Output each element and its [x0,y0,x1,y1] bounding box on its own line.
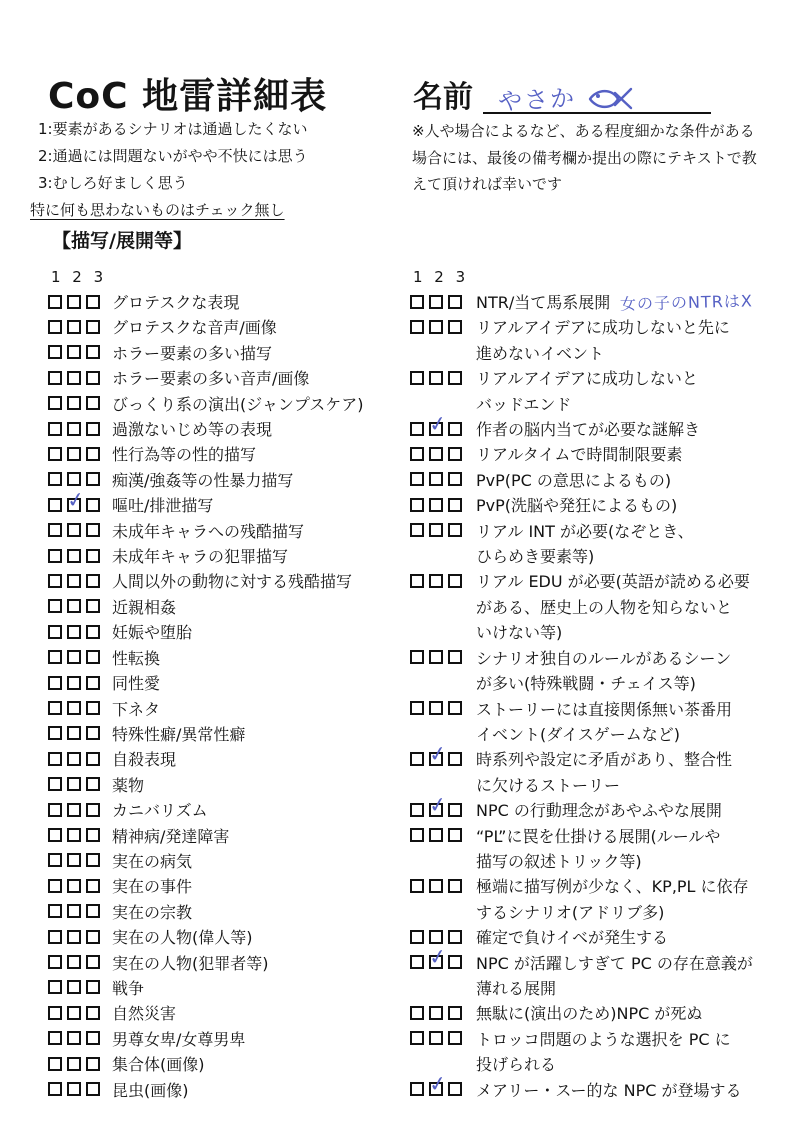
item-label-line: 実在の病気 [112,849,192,874]
checkbox-2[interactable]: ✓ [429,955,443,969]
rating-boxes [48,396,100,410]
checkbox-1[interactable] [48,726,62,740]
checkbox-1[interactable] [410,879,424,893]
item-label-line: “PL”に罠を仕掛ける展開(ルールや [476,824,720,849]
legend-line-1: 1:要素があるシナリオは通過したくない [38,116,308,143]
checklist-row: リアルアイデアに成功しないとバッドエンド [410,366,796,417]
name-handwritten-value: やさか [497,78,577,117]
rating-boxes: ✓ [410,803,462,817]
checkbox-2[interactable] [429,701,443,715]
checklist-row: ✓NPC の行動理念があやふやな展開 [410,798,796,823]
checkbox-1[interactable] [410,498,424,512]
checkbox-3[interactable] [86,879,100,893]
item-label: 実在の人物(偉人等) [112,925,253,950]
checkbox-1[interactable] [48,701,62,715]
rating-boxes [48,828,100,842]
item-label-line: PvP(PC の意思によるもの) [476,468,671,493]
item-label: びっくり系の演出(ジャンプスケア) [112,392,364,417]
rating-boxes [48,955,100,969]
item-label: グロテスクな音声/画像 [112,315,277,340]
checkbox-2[interactable] [67,879,81,893]
item-label-line: ストーリーには直接関係無い茶番用 [476,697,732,722]
checkbox-3[interactable] [448,320,462,334]
checkbox-2[interactable] [429,574,443,588]
checkbox-3[interactable] [86,523,100,537]
checkbox-3[interactable] [86,752,100,766]
checklist-row: リアルアイデアに成功しないと先に進めないイベント [410,315,796,366]
checkbox-3[interactable] [448,472,462,486]
rating-boxes [410,472,462,486]
document-page: CoC 地雷詳細表 1:要素があるシナリオは通過したくない 2:通過には問題ない… [0,0,800,1131]
checkbox-3[interactable] [448,371,462,385]
rating-boxes [48,676,100,690]
checkbox-3[interactable] [448,752,462,766]
checkbox-3[interactable] [86,828,100,842]
checkmark-icon: ✓ [428,946,448,969]
checkbox-2[interactable] [67,523,81,537]
checklist-row: 極端に描写例が少なく、KP,PL に依存するシナリオ(アドリブ多) [410,874,796,925]
checkbox-3[interactable] [86,777,100,791]
page-title: CoC 地雷詳細表 [48,68,327,119]
conditions-note: ※人や場合によるなど、ある程度細かな条件がある 場合には、最後の備考欄か提出の際… [412,118,757,198]
checkbox-2[interactable] [67,701,81,715]
item-label-line: 自殺表現 [112,747,176,772]
checkbox-3[interactable] [86,955,100,969]
item-label: 確定で負けイベが発生する [476,925,668,950]
checkbox-3[interactable] [448,701,462,715]
checkbox-1[interactable] [410,1082,424,1096]
checkbox-3[interactable] [86,853,100,867]
checkbox-1[interactable] [48,574,62,588]
rating-boxes [48,650,100,664]
checkbox-3[interactable] [86,422,100,436]
checkbox-1[interactable] [410,371,424,385]
checkbox-3[interactable] [448,879,462,893]
item-label: リアルタイムで時間制限要素 [476,442,682,467]
item-label-line: 作者の脳内当てが必要な謎解き [476,417,700,442]
rating-boxes [410,1031,462,1045]
item-label: 極端に描写例が少なく、KP,PL に依存するシナリオ(アドリブ多) [476,874,749,925]
checkbox-1[interactable] [410,930,424,944]
checkbox-1[interactable] [48,1057,62,1071]
checkbox-2[interactable] [67,904,81,918]
checkbox-3[interactable] [448,295,462,309]
item-label-line: 自然災害 [112,1001,176,1026]
checkbox-2[interactable]: ✓ [429,422,443,436]
fish-doodle-icon [588,84,634,114]
item-label: 痴漢/強姦等の性暴力描写 [112,468,293,493]
checkbox-1[interactable] [48,1082,62,1096]
checkbox-3[interactable] [448,1006,462,1020]
checkbox-2[interactable] [67,752,81,766]
checkbox-3[interactable] [86,599,100,613]
checkbox-1[interactable] [48,803,62,817]
checkbox-1[interactable] [48,345,62,359]
checkbox-1[interactable] [410,701,424,715]
checklist-row: 実在の人物(犯罪者等) [48,951,398,976]
checklist-row: ストーリーには直接関係無い茶番用イベント(ダイスゲームなど) [410,697,796,748]
item-label: 精神病/発達障害 [112,824,229,849]
item-label-line: バッドエンド [476,392,698,417]
checkmark-icon: ✓ [428,1073,448,1096]
checklist-row: リアル EDU が必要(英語が読める必要がある、歴史上の人物を知らないといけない… [410,569,796,645]
item-label-line: 進めないイベント [476,341,730,366]
checkbox-2[interactable] [67,955,81,969]
checkbox-1[interactable] [48,980,62,994]
checklist-row: 実在の人物(偉人等) [48,925,398,950]
checkbox-2[interactable] [67,320,81,334]
item-label: 近親相姦 [112,595,176,620]
checklist-row: 特殊性癖/異常性癖 [48,722,398,747]
checkbox-2[interactable] [429,295,443,309]
checkbox-1[interactable] [48,295,62,309]
item-label: シナリオ独自のルールがあるシーンが多い(特殊戦闘・チェイス等) [476,646,731,697]
item-label: 妊娠や堕胎 [112,620,192,645]
rating-boxes [48,1006,100,1020]
checklist-row: 痴漢/強姦等の性暴力描写 [48,468,398,493]
checkbox-1[interactable] [48,879,62,893]
checkbox-1[interactable] [410,650,424,664]
item-label: 実在の人物(犯罪者等) [112,951,269,976]
item-label-line: 人間以外の動物に対する残酷描写 [112,569,352,594]
checklist-row: ホラー要素の多い音声/画像 [48,366,398,391]
checkbox-2[interactable] [67,472,81,486]
checklist-row: 近親相姦 [48,595,398,620]
checkbox-1[interactable] [410,955,424,969]
checkbox-2[interactable]: ✓ [429,752,443,766]
checkbox-2[interactable] [429,371,443,385]
checkbox-3[interactable] [86,472,100,486]
item-label-line: リアルタイムで時間制限要素 [476,442,682,467]
item-label: リアル EDU が必要(英語が読める必要がある、歴史上の人物を知らないといけない… [476,569,750,645]
rating-boxes [410,879,462,893]
rating-boxes [410,930,462,944]
checkbox-1[interactable] [48,676,62,690]
checkbox-3[interactable] [448,650,462,664]
checkbox-2[interactable] [67,777,81,791]
checkbox-2[interactable] [67,345,81,359]
checkbox-2[interactable]: ✓ [429,803,443,817]
checkbox-1[interactable] [410,828,424,842]
checkbox-1[interactable] [410,752,424,766]
rating-boxes [48,803,100,817]
checkbox-1[interactable] [48,752,62,766]
rating-boxes: ✓ [410,752,462,766]
checkbox-2[interactable]: ✓ [429,1082,443,1096]
checkbox-1[interactable] [410,803,424,817]
item-label: トロッコ問題のような選択を PC に投げられる [476,1027,731,1078]
item-label-line: 未成年キャラへの残酷描写 [112,519,304,544]
item-label-line: 集合体(画像) [112,1052,205,1077]
checkbox-1[interactable] [48,472,62,486]
checklist-row: 薬物 [48,773,398,798]
item-label-line: 薄れる展開 [476,976,753,1001]
rating-boxes [48,574,100,588]
checkbox-1[interactable] [48,777,62,791]
checkbox-2[interactable] [429,1006,443,1020]
checkbox-2[interactable] [429,523,443,537]
legend-footer: 特に何も思わないものはチェック無し [30,197,285,224]
checkbox-2[interactable] [67,295,81,309]
item-label: リアルアイデアに成功しないと先に進めないイベント [476,315,730,366]
checkbox-2[interactable] [67,1082,81,1096]
rating-boxes: ✓ [48,498,100,512]
checkbox-1[interactable] [48,828,62,842]
checkbox-2[interactable] [67,726,81,740]
checkbox-2[interactable] [429,879,443,893]
item-label-line: NPC の行動理念があやふやな展開 [476,798,722,823]
checkbox-3[interactable] [86,1006,100,1020]
checkbox-3[interactable] [86,676,100,690]
item-label: 実在の病気 [112,849,192,874]
checkbox-1[interactable] [48,955,62,969]
item-label: ホラー要素の多い描写 [112,341,272,366]
checkbox-2[interactable] [429,930,443,944]
checkbox-3[interactable] [448,930,462,944]
item-label-line: 同性愛 [112,671,160,696]
checkbox-2[interactable] [67,447,81,461]
checklist-row: 戦争 [48,976,398,1001]
item-label-line: ホラー要素の多い音声/画像 [112,366,309,391]
checkbox-3[interactable] [86,574,100,588]
checkbox-1[interactable] [48,650,62,664]
checkbox-3[interactable] [86,1082,100,1096]
checkbox-2[interactable] [67,1057,81,1071]
checkbox-1[interactable] [48,599,62,613]
rating-boxes [410,1006,462,1020]
item-label-line: PvP(洗脳や発狂によるもの) [476,493,677,518]
checkbox-2[interactable] [429,320,443,334]
item-label: 自殺表現 [112,747,176,772]
checkbox-2[interactable] [67,980,81,994]
item-label-line: いけない等) [476,620,750,645]
checkbox-1[interactable] [410,295,424,309]
item-label-line: NTR/当て馬系展開女の子のNTRはX [476,290,753,315]
checkbox-2[interactable] [429,472,443,486]
checkbox-1[interactable] [410,523,424,537]
rating-boxes [410,523,462,537]
checkbox-3[interactable] [448,955,462,969]
item-label-line: びっくり系の演出(ジャンプスケア) [112,392,364,417]
checkbox-3[interactable] [86,980,100,994]
checkbox-3[interactable] [86,625,100,639]
rating-boxes [410,295,462,309]
item-label-line: 実在の人物(偉人等) [112,925,253,950]
note-line-3: えて頂ければ幸いです [412,171,757,198]
checkbox-2[interactable] [67,853,81,867]
item-label: 実在の事件 [112,874,192,899]
checkbox-3[interactable] [448,574,462,588]
checklist-row: 人間以外の動物に対する残酷描写 [48,569,398,594]
item-label: 未成年キャラの犯罪描写 [112,544,288,569]
checkbox-1[interactable] [48,904,62,918]
item-label: 嘔吐/排泄描写 [112,493,213,518]
checkbox-2[interactable] [67,650,81,664]
item-label: 作者の脳内当てが必要な謎解き [476,417,700,442]
checklist-rows-left: グロテスクな表現グロテスクな音声/画像ホラー要素の多い描写ホラー要素の多い音声/… [48,290,398,1103]
checkmark-icon: ✓ [428,412,448,435]
checkbox-3[interactable] [86,371,100,385]
rating-boxes: ✓ [410,1082,462,1096]
checkbox-3[interactable] [448,828,462,842]
checkbox-1[interactable] [48,1031,62,1045]
item-label-line: ひらめき要素等) [476,544,694,569]
item-label: 性行為等の性的描写 [112,442,256,467]
item-label-line: トロッコ問題のような選択を PC に [476,1027,731,1052]
item-label: PvP(PC の意思によるもの) [476,468,671,493]
checkbox-3[interactable] [448,422,462,436]
checkbox-1[interactable] [410,574,424,588]
checkbox-2[interactable] [67,422,81,436]
item-label: NPC が活躍しすぎて PC の存在意義が薄れる展開 [476,951,753,1002]
legend-line-3: 3:むしろ好ましく思う [38,170,308,197]
checklist-row: グロテスクな表現 [48,290,398,315]
item-label-line: 実在の事件 [112,874,192,899]
item-label: メアリー・スー的な NPC が登場する [476,1078,742,1103]
item-label-line: 下ネタ [112,697,160,722]
checkbox-3[interactable] [86,904,100,918]
item-label: カニバリズム [112,798,208,823]
rating-boxes [410,498,462,512]
checkbox-2[interactable] [67,1006,81,1020]
checkbox-2[interactable] [429,498,443,512]
item-label: 男尊女卑/女尊男卑 [112,1027,245,1052]
checkbox-3[interactable] [86,320,100,334]
checkbox-3[interactable] [86,930,100,944]
checkbox-3[interactable] [448,1031,462,1045]
rating-boxes [48,422,100,436]
checkbox-3[interactable] [86,726,100,740]
checkbox-3[interactable] [86,549,100,563]
checklist-row: トロッコ問題のような選択を PC に投げられる [410,1027,796,1078]
item-label-line: 妊娠や堕胎 [112,620,192,645]
checkbox-1[interactable] [48,853,62,867]
checkbox-1[interactable] [410,472,424,486]
checkbox-1[interactable] [48,498,62,512]
item-label: ホラー要素の多い音声/画像 [112,366,309,391]
checkbox-1[interactable] [410,1006,424,1020]
checkbox-3[interactable] [86,345,100,359]
checkbox-1[interactable] [48,930,62,944]
item-label: 実在の宗教 [112,900,192,925]
checkbox-3[interactable] [448,447,462,461]
checkbox-1[interactable] [48,1006,62,1020]
checklist-row: 男尊女卑/女尊男卑 [48,1027,398,1052]
checkbox-3[interactable] [86,396,100,410]
checkbox-2[interactable] [67,930,81,944]
item-label-line: 性行為等の性的描写 [112,442,256,467]
rating-boxes [410,371,462,385]
rating-boxes [48,701,100,715]
item-label-line: メアリー・スー的な NPC が登場する [476,1078,742,1103]
checkbox-1[interactable] [410,447,424,461]
checkbox-1[interactable] [48,422,62,436]
item-label: 無駄に(演出のため)NPC が死ぬ [476,1001,702,1026]
checkbox-3[interactable] [448,523,462,537]
item-label: PvP(洗脳や発狂によるもの) [476,493,677,518]
rating-boxes [48,853,100,867]
rating-boxes [48,1031,100,1045]
checklist-row: 精神病/発達障害 [48,824,398,849]
checkbox-3[interactable] [86,295,100,309]
checkbox-1[interactable] [48,523,62,537]
checkbox-3[interactable] [86,701,100,715]
checkbox-1[interactable] [48,371,62,385]
checkbox-3[interactable] [86,803,100,817]
checkbox-2[interactable] [67,828,81,842]
checkbox-1[interactable] [48,625,62,639]
item-label-line: 昆虫(画像) [112,1078,189,1103]
checkbox-1[interactable] [48,320,62,334]
checkbox-2[interactable] [67,371,81,385]
item-label: 薬物 [112,773,144,798]
rating-boxes: ✓ [410,955,462,969]
item-label-line: 男尊女卑/女尊男卑 [112,1027,245,1052]
item-label: リアルアイデアに成功しないとバッドエンド [476,366,698,417]
rating-boxes [48,726,100,740]
checklist-row: 集合体(画像) [48,1052,398,1077]
checkbox-3[interactable] [86,650,100,664]
checkbox-2[interactable] [67,803,81,817]
checkbox-3[interactable] [448,498,462,512]
checkbox-2[interactable] [67,549,81,563]
checklist-row: 妊娠や堕胎 [48,620,398,645]
checkbox-2[interactable] [67,396,81,410]
checkbox-3[interactable] [86,447,100,461]
checkbox-2[interactable] [67,625,81,639]
checkbox-3[interactable] [86,1031,100,1045]
rating-boxes: ✓ [410,422,462,436]
checkbox-1[interactable] [410,1031,424,1045]
checkbox-1[interactable] [48,549,62,563]
rating-boxes [48,904,100,918]
checkbox-2[interactable] [429,447,443,461]
item-label-line: 確定で負けイベが発生する [476,925,668,950]
checklist-row: ✓時系列や設定に矛盾があり、整合性に欠けるストーリー [410,747,796,798]
checkbox-2[interactable] [67,599,81,613]
item-label-line: が多い(特殊戦闘・チェイス等) [476,671,731,696]
checkbox-1[interactable] [48,447,62,461]
checkbox-3[interactable] [448,803,462,817]
checkbox-1[interactable] [410,422,424,436]
checkbox-3[interactable] [86,1057,100,1071]
checkbox-2[interactable] [67,676,81,690]
checkbox-3[interactable] [86,498,100,512]
checklist-row: 無駄に(演出のため)NPC が死ぬ [410,1001,796,1026]
checklist-row: 実在の事件 [48,874,398,899]
checkbox-2[interactable] [429,1031,443,1045]
rating-boxes [48,472,100,486]
checkbox-2[interactable] [67,574,81,588]
rating-boxes [48,1057,100,1071]
checklist-row: NTR/当て馬系展開女の子のNTRはX [410,290,796,315]
rating-boxes [48,549,100,563]
checkbox-1[interactable] [410,320,424,334]
item-label-line: 実在の宗教 [112,900,192,925]
checkbox-2[interactable] [429,828,443,842]
checkbox-2[interactable] [67,1031,81,1045]
checklist-row: 性転換 [48,646,398,671]
checklist-row: 未成年キャラへの残酷描写 [48,519,398,544]
checkbox-3[interactable] [448,1082,462,1096]
checkbox-1[interactable] [48,396,62,410]
checkbox-2[interactable] [429,650,443,664]
rating-boxes [48,345,100,359]
rating-boxes [48,599,100,613]
item-label: 昆虫(画像) [112,1078,189,1103]
item-label-line: リアル INT が必要(なぞとき、 [476,519,694,544]
checkbox-2[interactable]: ✓ [67,498,81,512]
